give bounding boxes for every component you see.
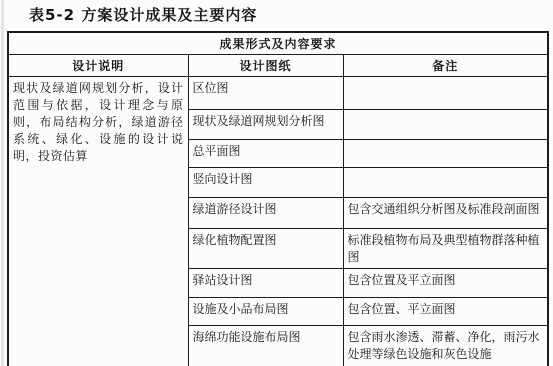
remark-cell: 标准段植物布局及典型植物群落种植图 [343, 229, 548, 269]
drawing-cell: 总平面图 [188, 140, 343, 168]
column-header-design-description: 设计说明 [8, 55, 188, 77]
remark-cell: 包含位置、平立面图 [343, 298, 548, 326]
remark-cell: 包含位置及平立面图 [343, 269, 548, 298]
drawing-cell: 海绵功能设施布局图 [188, 326, 343, 366]
design-description-cell: 现状及绿道网规划分析，设计范围与依据，设计理念与原则，布局结构分析，绿道游径系统… [8, 77, 188, 366]
table-column-header-row: 设计说明 设计图纸 备注 [8, 55, 548, 77]
drawing-cell: 设施及小品布局图 [188, 298, 343, 326]
column-header-remarks: 备注 [343, 55, 548, 77]
drawing-cell: 绿道游径设计图 [188, 198, 343, 229]
remark-cell: 包含交通组织分析图及标准段剖面图 [343, 198, 548, 229]
drawing-cell: 竖向设计图 [188, 168, 343, 198]
results-table: 成果形式及内容要求 设计说明 设计图纸 备注 现状及绿道网规划分析，设计范围与依… [7, 31, 549, 366]
column-header-design-drawings: 设计图纸 [188, 55, 343, 77]
remark-cell [343, 140, 548, 168]
remark-cell [343, 110, 548, 140]
table-main-header: 成果形式及内容要求 [8, 32, 548, 55]
drawing-cell: 绿化植物配置图 [188, 229, 343, 269]
document-page: 表5-2 方案设计成果及主要内容 成果形式及内容要求 设计说明 设计图纸 备注 … [0, 0, 553, 366]
drawing-cell: 现状及绿道网规划分析图 [188, 110, 343, 140]
table-main-header-row: 成果形式及内容要求 [8, 32, 548, 55]
drawing-cell: 区位图 [188, 77, 343, 110]
remark-cell [343, 77, 548, 110]
scan-edge-artifact [1, 0, 4, 366]
table-title: 表5-2 方案设计成果及主要内容 [29, 5, 257, 25]
table-row: 现状及绿道网规划分析，设计范围与依据，设计理念与原则，布局结构分析，绿道游径系统… [8, 77, 548, 110]
remark-cell [343, 168, 548, 198]
remark-cell: 包含雨水渗透、滞蓄、净化，雨污水处理等绿色设施和灰色设施 [343, 326, 548, 366]
drawing-cell: 驿站设计图 [188, 269, 343, 298]
